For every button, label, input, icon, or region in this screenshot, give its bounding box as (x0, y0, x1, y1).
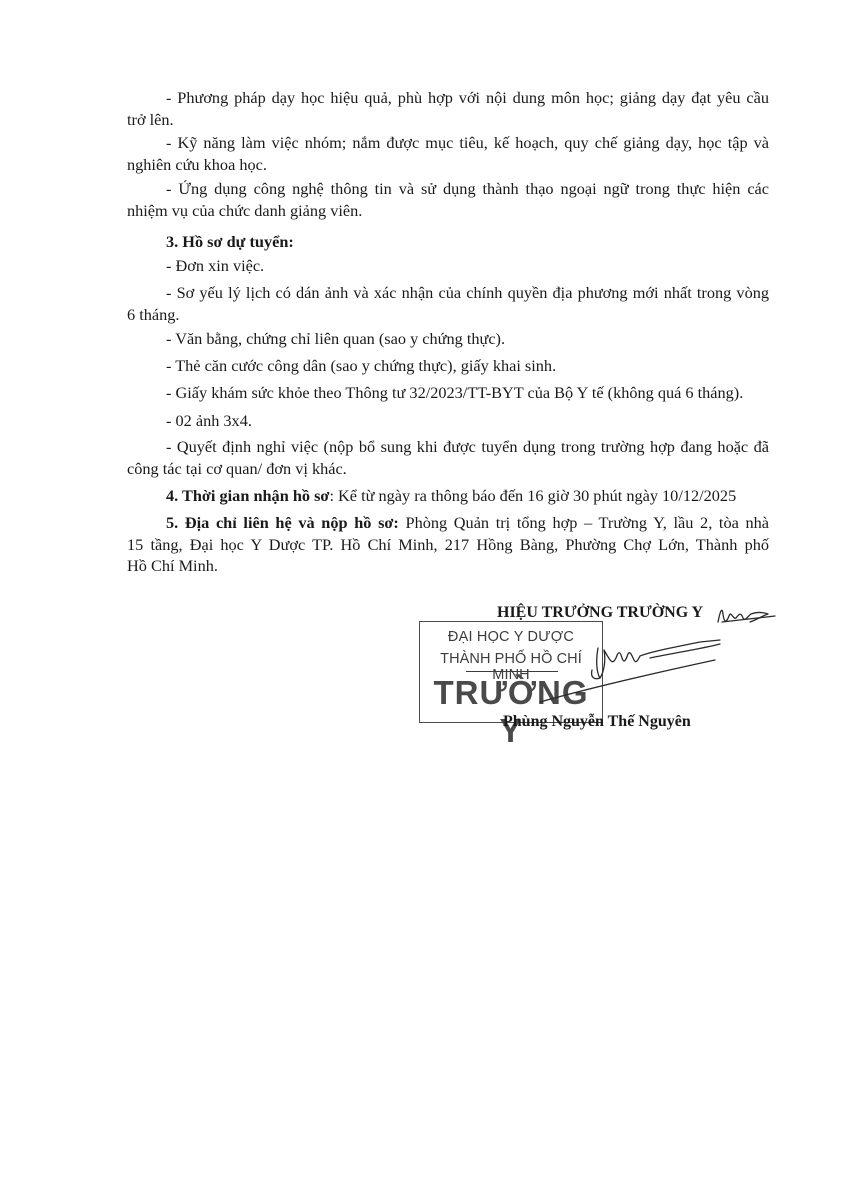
application-item-3: - Văn bằng, chứng chỉ liên quan (sao y c… (166, 329, 505, 349)
section-4-text: : Kể từ ngày ra thông báo đến 16 giờ 30 … (329, 486, 736, 505)
official-stamp: ĐẠI HỌC Y DƯỢC THÀNH PHỐ HỒ CHÍ MINH TRƯ… (419, 621, 603, 723)
requirement-2-line2: nghiên cứu khoa học. (127, 155, 267, 175)
application-item-2-line1: - Sơ yếu lý lịch có dán ảnh và xác nhận … (166, 283, 769, 303)
application-item-7-line2: công tác tại cơ quan/ đơn vị khác. (127, 459, 347, 479)
signer-title: HIỆU TRƯỞNG TRƯỜNG Y (497, 604, 703, 622)
application-item-4: - Thẻ căn cước công dân (sao y chứng thự… (166, 356, 556, 376)
stamp-divider (466, 671, 558, 672)
requirement-2-line1: - Kỹ năng làm việc nhóm; nắm được mục ti… (166, 133, 769, 153)
requirement-3-line2: nhiệm vụ của chức danh giảng viên. (127, 201, 362, 221)
section-5-text: Phòng Quản trị tổng hợp – Trường Y, lầu … (399, 513, 769, 532)
section-3-heading: 3. Hồ sơ dự tuyển: (166, 232, 294, 252)
application-item-2-line2: 6 tháng. (127, 305, 179, 325)
section-5-line1: 5. Địa chỉ liên hệ và nộp hồ sơ: Phòng Q… (166, 513, 769, 533)
document-page: - Phương pháp dạy học hiệu quả, phù hợp … (0, 0, 849, 1200)
section-4-label: 4. Thời gian nhận hồ sơ (166, 486, 329, 505)
section-5-line3: Hồ Chí Minh. (127, 556, 218, 576)
application-item-6: - 02 ảnh 3x4. (166, 411, 252, 431)
stamp-line-1: ĐẠI HỌC Y DƯỢC (420, 629, 602, 645)
signer-name: Phùng Nguyễn Thế Nguyên (503, 713, 691, 731)
requirement-1-line1: - Phương pháp dạy học hiệu quả, phù hợp … (166, 88, 769, 108)
requirement-1-line2: trở lên. (127, 110, 174, 130)
application-item-7-line1: - Quyết định nghỉ việc (nộp bổ sung khi … (166, 437, 769, 457)
stamp-line-3: TRƯỜNG Y (420, 674, 602, 750)
application-item-5: - Giấy khám sức khỏe theo Thông tư 32/20… (166, 383, 743, 403)
application-item-1: - Đơn xin việc. (166, 256, 264, 276)
section-5-label: 5. Địa chỉ liên hệ và nộp hồ sơ: (166, 513, 399, 532)
section-4-submission-time: 4. Thời gian nhận hồ sơ: Kể từ ngày ra t… (166, 486, 736, 506)
requirement-3-line1: - Ứng dụng công nghệ thông tin và sử dụn… (166, 179, 769, 199)
section-5-line2: 15 tầng, Đại học Y Dược TP. Hồ Chí Minh,… (127, 535, 769, 555)
